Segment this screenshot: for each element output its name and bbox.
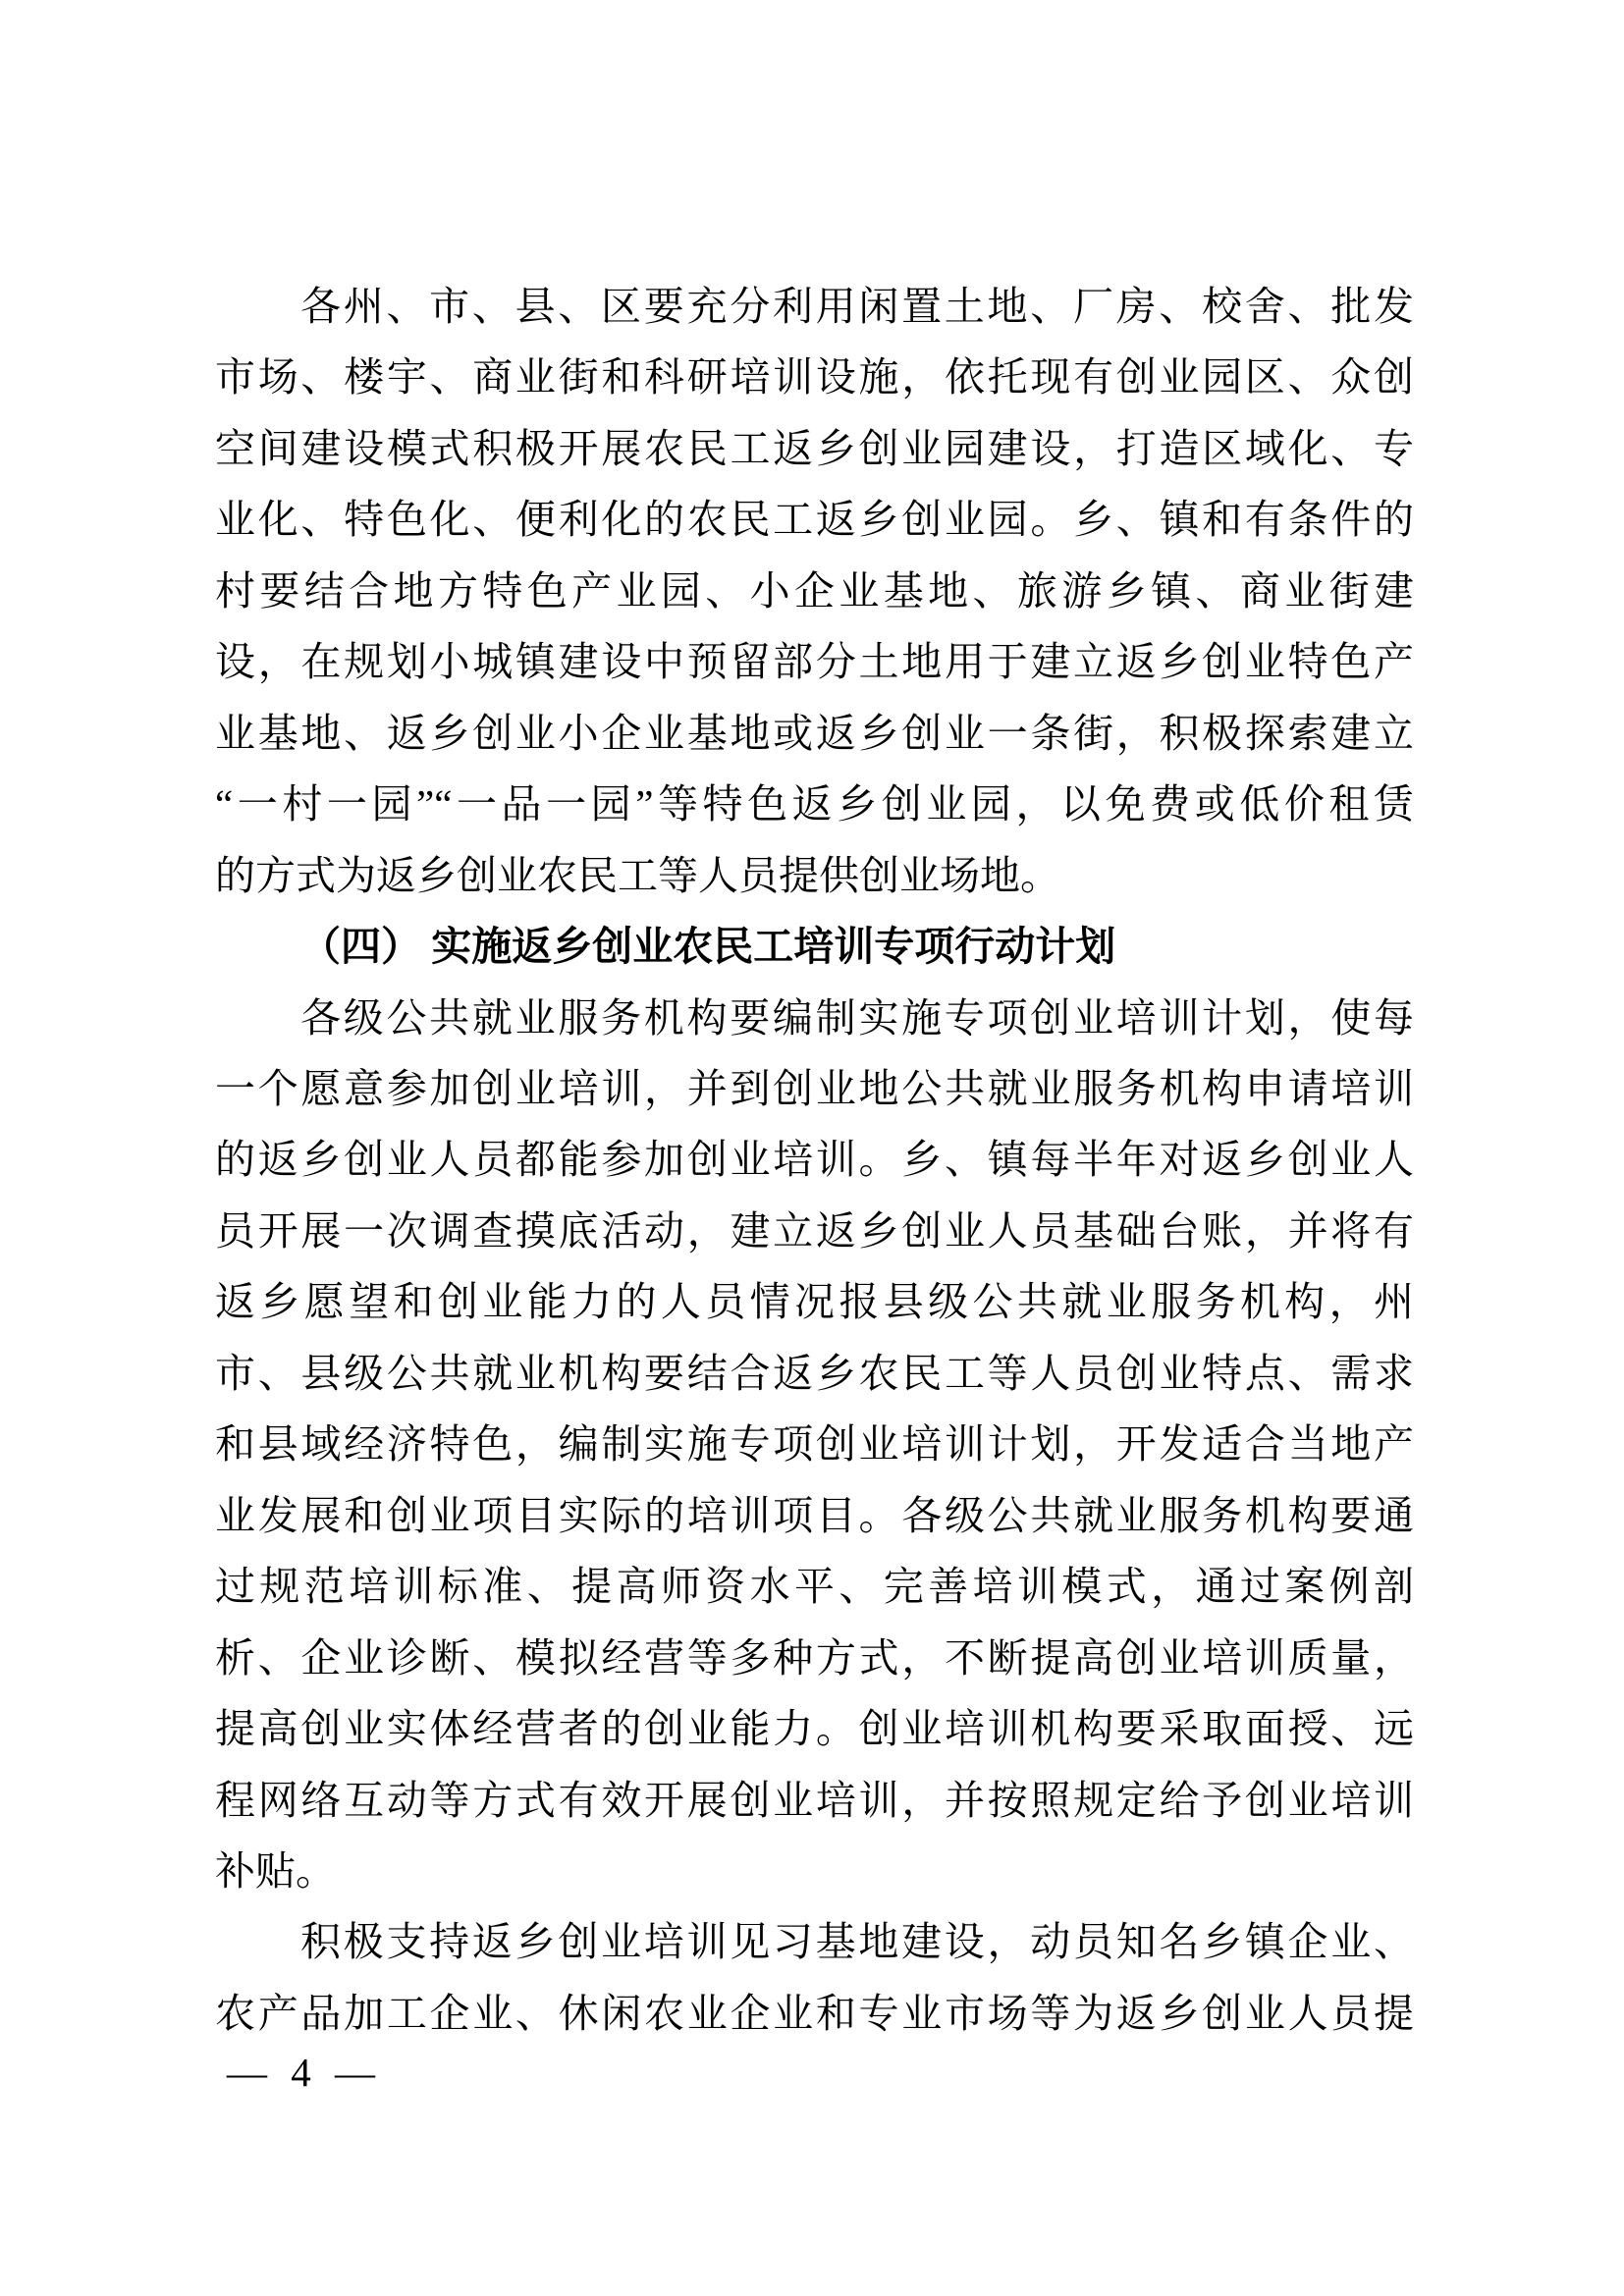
text-line: 的返乡创业人员都能参加创业培训。乡、镇每半年对返乡创业人: [215, 1124, 1414, 1195]
text-line: 空间建设模式积极开展农民工返乡创业园建设，打造区域化、专: [215, 413, 1414, 484]
text-line: 程网络互动等方式有效开展创业培训，并按照规定给予创业培训: [215, 1765, 1414, 1836]
text-line: 市场、楼宇、商业街和科研培训设施，依托现有创业园区、众创: [215, 342, 1414, 412]
document-body: 各州、市、县、区要充分利用闲置土地、厂房、校舍、批发 市场、楼宇、商业街和科研培…: [215, 271, 1414, 2049]
text-line: 补贴。: [215, 1836, 1414, 1906]
text-line: 析、企业诊断、模拟经营等多种方式，不断提高创业培训质量，: [215, 1623, 1414, 1693]
text-line: 设，在规划小城镇建设中预留部分土地用于建立返乡创业特色产: [215, 626, 1414, 697]
section-heading: （四） 实施返乡创业农民工培训专项行动计划: [215, 911, 1414, 982]
text-line: 各级公共就业服务机构要编制实施专项创业培训计划，使每: [215, 983, 1414, 1053]
text-line: “一村一园”“一品一园”等特色返乡创业园，以免费或低价租赁: [215, 769, 1414, 839]
text-line: 各州、市、县、区要充分利用闲置土地、厂房、校舍、批发: [215, 271, 1414, 342]
text-line: 的方式为返乡创业农民工等人员提供创业场地。: [215, 840, 1414, 911]
text-line: 过规范培训标准、提高师资水平、完善培训模式，通过案例剖: [215, 1551, 1414, 1622]
text-line: 一个愿意参加创业培训，并到创业地公共就业服务机构申请培训: [215, 1053, 1414, 1124]
text-line: 业基地、返乡创业小企业基地或返乡创业一条街，积极探索建立: [215, 698, 1414, 769]
text-line: 业化、特色化、便利化的农民工返乡创业园。乡、镇和有条件的: [215, 484, 1414, 555]
document-page: 各州、市、县、区要充分利用闲置土地、厂房、校舍、批发 市场、楼宇、商业街和科研培…: [0, 0, 1624, 2296]
text-line: 积极支持返乡创业培训见习基地建设，动员知名乡镇企业、: [215, 1906, 1414, 1977]
text-line: 市、县级公共就业机构要结合返乡农民工等人员创业特点、需求: [215, 1338, 1414, 1409]
text-line: 业发展和创业项目实际的培训项目。各级公共就业服务机构要通: [215, 1480, 1414, 1551]
text-line: 农产品加工企业、休闲农业企业和专业市场等为返乡创业人员提: [215, 1978, 1414, 2049]
text-line: 员开展一次调查摸底活动，建立返乡创业人员基础台账，并将有: [215, 1196, 1414, 1266]
text-line: 和县域经济特色，编制实施专项创业培训计划，开发适合当地产: [215, 1409, 1414, 1479]
text-line: 返乡愿望和创业能力的人员情况报县级公共就业服务机构，州: [215, 1266, 1414, 1337]
text-line: 提高创业实体经营者的创业能力。创业培训机构要采取面授、远: [215, 1693, 1414, 1764]
page-number: — 4 —: [227, 2048, 382, 2097]
text-line: 村要结合地方特色产业园、小企业基地、旅游乡镇、商业街建: [215, 556, 1414, 626]
